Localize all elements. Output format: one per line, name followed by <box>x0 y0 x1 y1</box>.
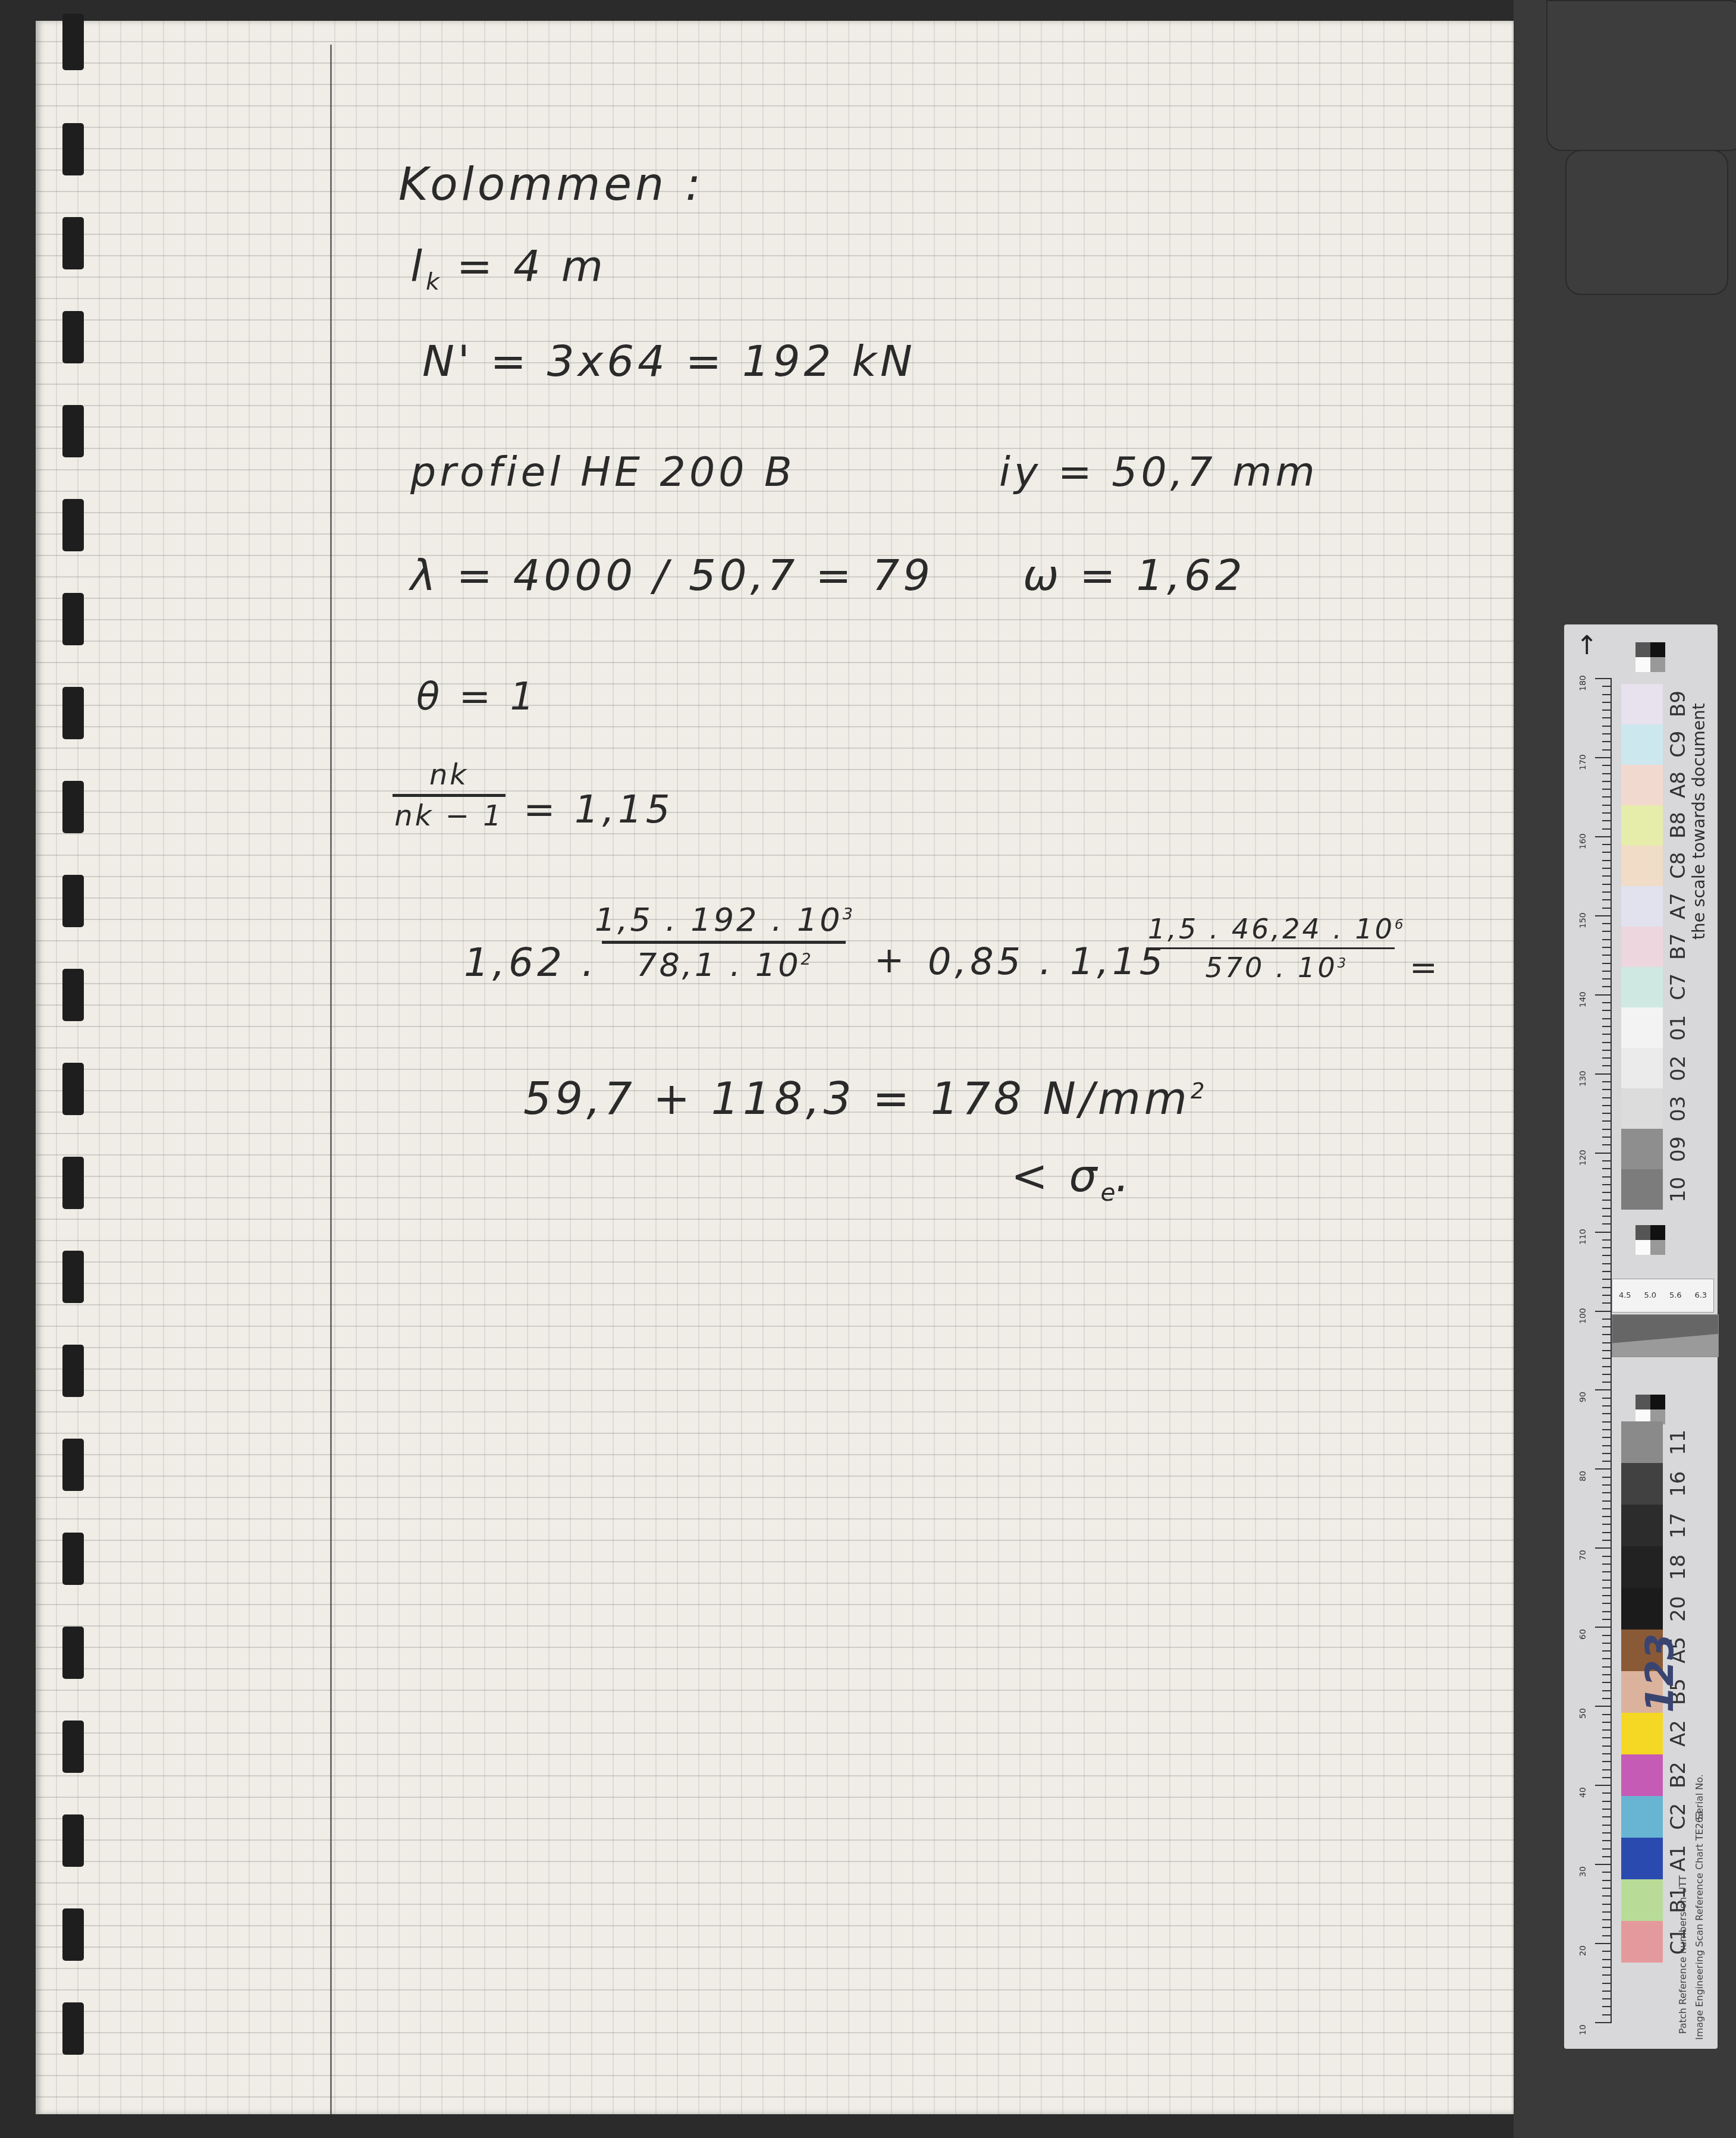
ruler-tick <box>1602 1050 1612 1051</box>
ruler-tick <box>1602 726 1612 727</box>
ruler-tick <box>1602 1453 1612 1454</box>
ruler-tick <box>1602 1658 1612 1659</box>
fraction-numerator: 1,5 . 192 . 103 <box>595 901 853 938</box>
ruler-tick <box>1602 1113 1612 1114</box>
patch-label: A7 <box>1666 893 1690 919</box>
ruler-tick <box>1602 1057 1612 1059</box>
fraction-denominator: 570 . 103 <box>1205 952 1346 984</box>
ruler-tick <box>1602 1587 1612 1588</box>
ruler-tick <box>1602 1405 1612 1407</box>
ruler-label: 100 <box>1578 1308 1588 1324</box>
ruler-tick <box>1602 1880 1612 1881</box>
ruler-label: 110 <box>1578 1229 1588 1245</box>
ruler-tick <box>1602 1516 1612 1517</box>
ruler-tick <box>1595 1864 1612 1865</box>
patch-label: 01 <box>1666 1015 1690 1041</box>
ruler-tick <box>1602 1176 1612 1178</box>
ruler-tick <box>1602 694 1612 695</box>
folder-flap-top <box>1546 0 1736 151</box>
ruler-tick <box>1602 1571 1612 1572</box>
ruler-tick <box>1602 1974 1612 1976</box>
color-patch-02 <box>1621 1048 1663 1088</box>
amplification-result: = 1,15 <box>523 788 673 832</box>
ruler-tick <box>1602 1018 1612 1019</box>
ruler-tick <box>1602 2006 1612 2007</box>
ruler-tick <box>1602 1832 1612 1834</box>
patch-label: B8 <box>1666 812 1690 839</box>
ruler-tick <box>1602 1137 1612 1138</box>
ruler-tick <box>1602 1160 1612 1161</box>
ruler-tick <box>1595 1153 1612 1154</box>
first-term-fraction: 1,5 . 192 . 103 78,1 . 102 <box>595 901 853 984</box>
den-text: 78,1 . 10 <box>636 946 800 984</box>
patch-label: C7 <box>1666 974 1690 1000</box>
ruler-tick <box>1602 1951 1612 1952</box>
ruler-tick <box>1602 923 1612 924</box>
ruler-tick <box>1595 1073 1612 1075</box>
ruler-tick <box>1602 1911 1612 1913</box>
ruler-tick <box>1602 1635 1612 1636</box>
grid-paper-sheet: Kolommen : lk = 4 m N' = 3x64 = 192 kN p… <box>36 21 1514 2114</box>
ruler-tick <box>1602 1556 1612 1557</box>
ruler-tick <box>1602 820 1612 821</box>
num-exponent: 6 <box>1395 917 1404 933</box>
ruler-tick <box>1602 1666 1612 1668</box>
ruler-tick <box>1602 1840 1612 1841</box>
ruler-tick <box>1602 1263 1612 1264</box>
serial-number-handwritten: 123 <box>1638 1633 1682 1713</box>
patch-label: 03 <box>1666 1096 1690 1122</box>
ruler-tick <box>1602 1809 1612 1810</box>
ruler-tick <box>1602 971 1612 972</box>
ruler-tick <box>1602 1010 1612 1011</box>
punch-hole <box>62 1627 84 1679</box>
ruler-tick <box>1602 686 1612 687</box>
ruler-tick <box>1602 1919 1612 1920</box>
ruler-tick <box>1602 1611 1612 1612</box>
symbol-l: l <box>410 241 426 291</box>
fraction-numerator: nk <box>429 758 469 792</box>
ruler-tick <box>1602 765 1612 766</box>
ruler-tick <box>1602 1872 1612 1873</box>
punch-hole <box>62 1908 84 1961</box>
color-patch-18 <box>1621 1546 1663 1588</box>
ruler-tick <box>1602 1295 1612 1296</box>
color-patch-c8 <box>1621 846 1663 886</box>
plus-sign: + <box>874 940 908 981</box>
ruler-tick <box>1602 1192 1612 1193</box>
heading-kolommen: Kolommen : <box>398 158 704 211</box>
patch-label: 17 <box>1666 1513 1690 1539</box>
ruler-tick <box>1602 805 1612 806</box>
color-patch-03 <box>1621 1088 1663 1129</box>
ruler-tick <box>1602 978 1612 979</box>
patch-label: 16 <box>1666 1471 1690 1497</box>
scan-reference-chart: ↑ the scale towards document 18017016015… <box>1564 624 1718 2049</box>
ruler-label: 60 <box>1578 1629 1588 1640</box>
ruler-tick <box>1602 1801 1612 1802</box>
patch-label: C9 <box>1666 731 1690 758</box>
ruler-tick <box>1602 709 1612 711</box>
ruler-tick <box>1602 789 1612 790</box>
ruler-tick <box>1602 1895 1612 1897</box>
ruler-tick <box>1602 1002 1612 1003</box>
margin-line <box>330 45 332 2114</box>
color-patch-a1 <box>1621 1838 1663 1879</box>
grey-card <box>1612 1314 1719 1357</box>
ruler-tick <box>1602 1358 1612 1359</box>
ruler-tick <box>1602 868 1612 869</box>
ruler-tick <box>1602 1825 1612 1826</box>
punch-hole <box>62 1814 84 1867</box>
ruler-tick <box>1602 1927 1612 1928</box>
ruler-tick <box>1602 1421 1612 1423</box>
color-patch-b1 <box>1621 1879 1663 1921</box>
ruler-label: 90 <box>1578 1392 1588 1403</box>
patch-label: B2 <box>1666 1762 1690 1788</box>
ruler-tick <box>1602 1208 1612 1209</box>
ruler-tick <box>1595 1785 1612 1786</box>
ruler-tick <box>1602 1105 1612 1106</box>
chart-name-text: Image Engineering Scan Reference Chart T… <box>1694 1811 1705 2040</box>
ruler-tick <box>1602 1603 1612 1604</box>
num-exponent: 3 <box>843 905 853 924</box>
ruler-tick <box>1602 1144 1612 1145</box>
ruler-tick <box>1602 1026 1612 1027</box>
ruler-tick <box>1602 1991 1612 1992</box>
ruler-tick <box>1602 1935 1612 1936</box>
res-label: 6.3 <box>1694 1291 1707 1300</box>
stress-sum: 59,7 + 118,3 = 178 N/mm <box>523 1073 1191 1125</box>
den-text: 570 . 10 <box>1205 952 1337 984</box>
punch-hole <box>62 1251 84 1303</box>
ruler-tick <box>1602 947 1612 948</box>
ruler-tick <box>1595 678 1612 679</box>
ruler-label: 70 <box>1578 1550 1588 1561</box>
subscript-k: k <box>426 268 440 296</box>
ruler-label: 40 <box>1578 1787 1588 1798</box>
ruler-tick <box>1602 796 1612 798</box>
den-exponent: 2 <box>801 950 811 969</box>
ruler-tick <box>1595 1232 1612 1233</box>
mm-ruler: 1801701601501401301201101009080706050403… <box>1578 678 1614 2022</box>
color-patch-b2 <box>1621 1754 1663 1796</box>
ruler-tick <box>1602 1184 1612 1185</box>
res-label: 4.5 <box>1619 1291 1631 1300</box>
ruler-tick <box>1602 899 1612 900</box>
ruler-label: 30 <box>1578 1866 1588 1877</box>
unit-exponent: 2 <box>1191 1078 1205 1104</box>
ruler-tick <box>1602 1318 1612 1320</box>
patch-label: 10 <box>1666 1177 1690 1203</box>
punch-hole <box>62 1345 84 1397</box>
ruler-tick <box>1602 1350 1612 1351</box>
fraction-bar <box>1157 947 1395 949</box>
patch-label: 02 <box>1666 1056 1690 1081</box>
checker-target-lower <box>1635 1395 1665 1424</box>
punch-hole <box>62 1439 84 1491</box>
ruler-tick <box>1602 812 1612 814</box>
ruler-tick <box>1602 1484 1612 1486</box>
ruler-tick <box>1602 1429 1612 1430</box>
ruler-tick <box>1595 1468 1612 1470</box>
ruler-tick <box>1602 875 1612 877</box>
ruler-tick <box>1602 1848 1612 1850</box>
punch-hole <box>62 687 84 739</box>
equals-value: = 4 m <box>440 241 607 291</box>
radius-of-gyration: iy = 50,7 mm <box>999 449 1319 496</box>
ruler-tick <box>1602 844 1612 845</box>
ruler-tick <box>1602 828 1612 830</box>
patch-label: 18 <box>1666 1555 1690 1580</box>
slenderness-line: λ = 4000 / 50,7 = 79 <box>410 550 934 600</box>
resolution-target: 4.5 5.0 5.6 6.3 <box>1612 1279 1714 1313</box>
serial-label: Serial No. <box>1694 1774 1705 1820</box>
color-patch-c9 <box>1621 724 1663 765</box>
patch-label: C8 <box>1666 852 1690 879</box>
color-patch-10 <box>1621 1169 1663 1210</box>
ruler-label: 160 <box>1578 833 1588 849</box>
ruler-label: 140 <box>1578 991 1588 1007</box>
ruler-tick <box>1602 1856 1612 1857</box>
ruler-label: 20 <box>1578 1945 1588 1956</box>
subscript-e: e <box>1100 1178 1115 1207</box>
checker-target-middle <box>1635 1225 1665 1255</box>
ruler-tick <box>1602 1247 1612 1248</box>
fraction-denominator: 78,1 . 102 <box>636 946 811 984</box>
profile-line: profiel HE 200 B <box>410 449 796 496</box>
ruler-tick <box>1602 1682 1612 1683</box>
ruler-tick <box>1602 1302 1612 1304</box>
ruler-tick <box>1602 939 1612 940</box>
ruler-tick <box>1602 1816 1612 1817</box>
ruler-tick <box>1595 2022 1612 2023</box>
ruler-tick <box>1602 1674 1612 1675</box>
ruler-label: 150 <box>1578 912 1588 928</box>
fraction-bar <box>393 794 506 797</box>
ruler-label: 120 <box>1578 1150 1588 1166</box>
ruler-tick <box>1602 1524 1612 1525</box>
ruler-tick <box>1602 1255 1612 1256</box>
ruler-tick <box>1602 1398 1612 1399</box>
ruler-tick <box>1602 1223 1612 1225</box>
ruler-tick <box>1602 1998 1612 1999</box>
ruler-tick <box>1595 1311 1612 1312</box>
ruler-tick <box>1595 1389 1612 1390</box>
ruler-tick <box>1602 1342 1612 1343</box>
ruler-tick <box>1602 717 1612 718</box>
ruler-tick <box>1602 931 1612 932</box>
ruler-tick <box>1602 1065 1612 1066</box>
ruler-tick <box>1602 1216 1612 1217</box>
punch-hole <box>62 311 84 363</box>
ruler-tick <box>1602 1089 1612 1090</box>
color-patch-c7 <box>1621 967 1663 1007</box>
ruler-tick <box>1602 1619 1612 1620</box>
punch-hole <box>62 2002 84 2055</box>
ruler-tick <box>1602 702 1612 703</box>
ruler-tick <box>1602 1413 1612 1414</box>
punch-hole <box>62 875 84 927</box>
ruler-tick <box>1602 1239 1612 1241</box>
patch-label: 20 <box>1666 1596 1690 1622</box>
scale-header-text: the scale towards document <box>1689 703 1709 940</box>
ruler-label: 130 <box>1578 1070 1588 1087</box>
punch-hole <box>62 1721 84 1773</box>
color-patch-11 <box>1621 1421 1663 1463</box>
ruler-tick <box>1602 1168 1612 1169</box>
ruler-tick <box>1595 836 1612 837</box>
equals-sign: = <box>1409 949 1441 987</box>
ruler-label: 10 <box>1578 2024 1588 2035</box>
color-patch-b7 <box>1621 927 1663 967</box>
color-patch-a8 <box>1621 765 1663 805</box>
ruler-tick <box>1602 1777 1612 1778</box>
ruler-tick <box>1602 1698 1612 1699</box>
ruler-tick <box>1595 1627 1612 1628</box>
ruler-tick <box>1602 1374 1612 1375</box>
ruler-tick <box>1602 1564 1612 1565</box>
patch-label: C2 <box>1666 1803 1690 1830</box>
ruler-tick <box>1595 1943 1612 1944</box>
res-label: 5.0 <box>1644 1291 1656 1300</box>
num-text: 1,5 . 192 . 10 <box>595 901 843 938</box>
fraction-numerator: 1,5 . 46,24 . 106 <box>1148 913 1404 945</box>
color-patch-09 <box>1621 1129 1663 1169</box>
patch-label: A2 <box>1666 1720 1690 1747</box>
num-text: 1,5 . 46,24 . 10 <box>1148 913 1395 945</box>
ruler-tick <box>1602 1580 1612 1581</box>
ruler-tick <box>1602 741 1612 742</box>
ruler-label: 180 <box>1578 675 1588 691</box>
ruler-tick <box>1602 1714 1612 1715</box>
punch-hole <box>62 1063 84 1115</box>
ruler-tick <box>1602 1729 1612 1731</box>
ruler-tick <box>1602 1737 1612 1738</box>
ruler-tick <box>1602 860 1612 861</box>
ruler-tick <box>1602 1120 1612 1122</box>
ruler-tick <box>1602 1279 1612 1280</box>
ruler-tick <box>1602 1769 1612 1770</box>
ruler-tick <box>1602 1326 1612 1327</box>
ruler-tick <box>1602 884 1612 885</box>
stress-check-line: < σe. <box>1011 1151 1133 1207</box>
patch-label: 11 <box>1666 1430 1690 1455</box>
theta-line: θ = 1 <box>416 675 538 719</box>
ruler-tick <box>1602 2014 1612 2015</box>
ruler-tick <box>1602 891 1612 893</box>
ruler-tick <box>1602 1508 1612 1509</box>
ruler-tick <box>1602 1904 1612 1905</box>
factor-second-term: 0,85 . 1,15 <box>928 940 1166 983</box>
patch-label: 09 <box>1666 1137 1690 1162</box>
ruler-tick <box>1602 1888 1612 1889</box>
ruler-tick <box>1602 1500 1612 1502</box>
punch-hole <box>62 123 84 175</box>
ruler-tick <box>1602 1271 1612 1272</box>
color-patch-01 <box>1621 1007 1663 1048</box>
fraction-bar <box>602 941 846 944</box>
ruler-tick <box>1595 1706 1612 1707</box>
ruler-tick <box>1602 1532 1612 1533</box>
ruler-tick <box>1602 1643 1612 1644</box>
color-patch-a2 <box>1621 1713 1663 1754</box>
ruler-tick <box>1602 1650 1612 1652</box>
ruler-tick <box>1595 1547 1612 1549</box>
ruler-tick <box>1602 1461 1612 1462</box>
color-patch-20 <box>1621 1588 1663 1630</box>
patch-reference-text: Patch Reference numbers on UTT <box>1677 1875 1688 2034</box>
binder-punch-holes <box>62 21 86 2114</box>
period: . <box>1115 1151 1133 1202</box>
ruler-tick <box>1595 757 1612 758</box>
ruler-tick <box>1602 955 1612 956</box>
buckling-length-line: lk = 4 m <box>410 241 607 296</box>
ruler-label: 170 <box>1578 754 1588 770</box>
ruler-tick <box>1602 1745 1612 1747</box>
punch-hole <box>62 1533 84 1585</box>
punch-hole <box>62 969 84 1021</box>
punch-hole <box>62 217 84 269</box>
ruler-tick <box>1602 773 1612 774</box>
checker-target-top <box>1635 642 1665 672</box>
ruler-tick <box>1602 1445 1612 1446</box>
punch-hole <box>62 14 84 70</box>
ruler-tick <box>1602 1967 1612 1968</box>
color-patch-b8 <box>1621 805 1663 846</box>
ruler-tick <box>1602 1477 1612 1478</box>
ruler-tick <box>1602 1366 1612 1367</box>
ruler-tick <box>1602 749 1612 751</box>
ruler-tick <box>1602 1034 1612 1035</box>
ruler-tick <box>1602 963 1612 964</box>
patch-label: A8 <box>1666 771 1690 798</box>
ruler-tick <box>1602 1959 1612 1960</box>
ruler-tick <box>1602 1287 1612 1288</box>
den-exponent: 3 <box>1338 956 1346 971</box>
ruler-tick <box>1602 1540 1612 1541</box>
ruler-tick <box>1602 852 1612 853</box>
color-patch-17 <box>1621 1505 1663 1546</box>
ruler-tick <box>1602 1595 1612 1596</box>
ruler-tick <box>1602 1097 1612 1098</box>
punch-hole <box>62 593 84 645</box>
ruler-tick <box>1602 1983 1612 1984</box>
ruler-tick <box>1602 1492 1612 1493</box>
ruler-tick <box>1602 1081 1612 1082</box>
patch-label: B7 <box>1666 933 1690 960</box>
ruler-label: 80 <box>1578 1471 1588 1482</box>
punch-hole <box>62 405 84 457</box>
omega-factor: ω = 1,62 <box>1023 550 1246 600</box>
ruler-tick <box>1602 1722 1612 1723</box>
arrow-up-icon: ↑ <box>1576 633 1598 659</box>
punch-hole <box>62 781 84 833</box>
ruler-tick <box>1602 1761 1612 1762</box>
fraction-denominator: nk − 1 <box>394 799 504 833</box>
ruler-tick <box>1602 1690 1612 1691</box>
amplification-fraction: nk nk − 1 <box>393 758 506 833</box>
ruler-tick <box>1602 1382 1612 1383</box>
ruler-tick <box>1602 986 1612 987</box>
color-patch-c1 <box>1621 1921 1663 1963</box>
patch-label: B9 <box>1666 690 1690 717</box>
ruler-tick <box>1602 1753 1612 1754</box>
ruler-tick <box>1602 733 1612 734</box>
axial-force-line: N' = 3x64 = 192 kN <box>422 336 916 386</box>
res-label: 5.6 <box>1669 1291 1682 1300</box>
ruler-tick <box>1595 994 1612 996</box>
